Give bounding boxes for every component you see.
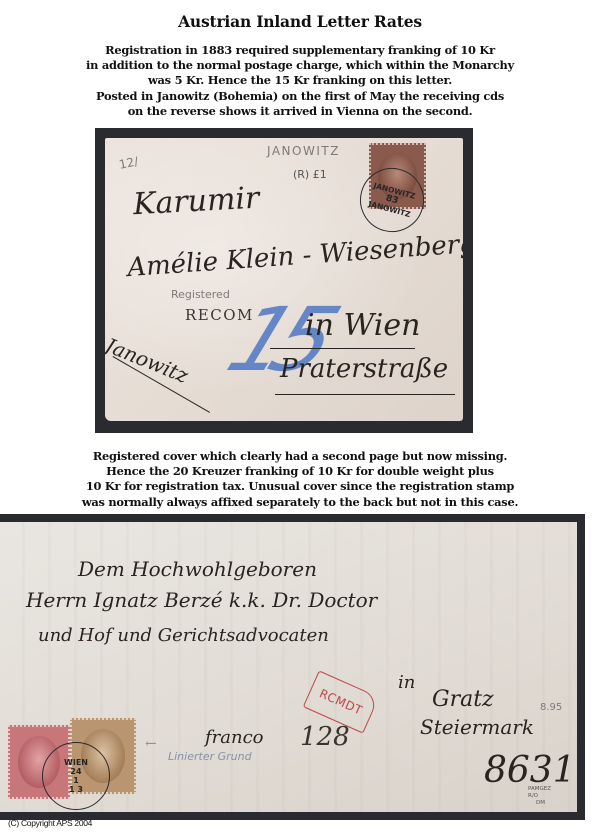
dealer-note: R/O [528,793,551,800]
description-line: was 5 Kr. Hence the 15 Kr franking on th… [0,73,600,88]
rcmdt-handstamp: RCMDT [317,686,364,717]
underline [270,348,415,349]
pencil-note: Linierter Grund [168,750,252,763]
postmark-month: 1 [73,776,79,785]
cover-2-envelope: Dem Hochwohlgeboren Herrn Ignatz Berzé k… [0,522,577,812]
description-line: Posted in Janowitz (Bohemia) on the firs… [0,89,600,104]
cover-1-description: Registration in 1883 required supplement… [0,43,600,119]
cover-2-description: Registered cover which clearly had a sec… [0,449,600,510]
arrow-left-icon: ← [145,736,157,752]
rate-manuscript: 128 [300,722,350,752]
description-line: was normally always affixed separately t… [0,495,600,510]
addressee-title: Karumir [132,181,260,223]
wien-postmark: WIEN 24 1 1 3 [42,742,110,810]
pencil-corner-note: 12/ [118,154,140,172]
dealer-note: PAMGEZ [528,786,551,793]
cover-2-mount: Dem Hochwohlgeboren Herrn Ignatz Berzé k… [0,514,585,820]
reference-number: 8631 [484,750,576,791]
cover-1-envelope: 12/ JANOWITZ (R) £1 JANOWITZ 83 JANOWITZ… [105,138,463,421]
franco-note: franco [205,727,264,748]
street-address: Praterstraße [280,354,448,384]
description-line: in addition to the normal postage charge… [0,58,600,73]
description-line: Hence the 20 Kreuzer franking of 10 Kr f… [0,464,600,479]
postmark-town: WIEN [64,758,88,767]
destination-city: Gratz [432,687,494,712]
addressee-name: Amélie Klein - Wiesenberg [126,229,463,283]
description-line: Registered cover which clearly had a sec… [0,449,600,464]
address-line-3: und Hof und Gerichtsadvocaten [38,625,329,646]
description-line: Registration in 1883 required supplement… [0,43,600,58]
description-line: on the reverse shows it arrived in Vienn… [0,104,600,119]
pencil-code-note: (R) £1 [293,168,327,181]
postmark-day: 24 [70,767,81,776]
destination-region: Steiermark [420,715,534,739]
pencil-registered-note: Registered [171,288,230,301]
destination-prefix: in [398,672,415,693]
dealer-note: DM [528,800,551,807]
underline [275,394,455,395]
copyright-notice: (C) Copyright APS 2004 [8,818,92,828]
dealer-notes: PAMGEZ R/O DM [528,786,551,807]
pencil-town-note: JANOWITZ [267,144,340,158]
cover-1-mount: 12/ JANOWITZ (R) £1 JANOWITZ 83 JANOWITZ… [95,128,473,433]
description-line: 10 Kr for registration tax. Unusual cove… [0,479,600,494]
destination-city: in Wien [305,308,420,343]
address-line-2: Herrn Ignatz Berzé k.k. Dr. Doctor [26,588,377,612]
page-title: Austrian Inland Letter Rates [0,12,600,31]
address-line-1: Dem Hochwohlgeboren [78,557,317,581]
postmark-year: 1 3 [69,785,83,794]
pencil-corner-note: 8.95 [540,702,562,713]
